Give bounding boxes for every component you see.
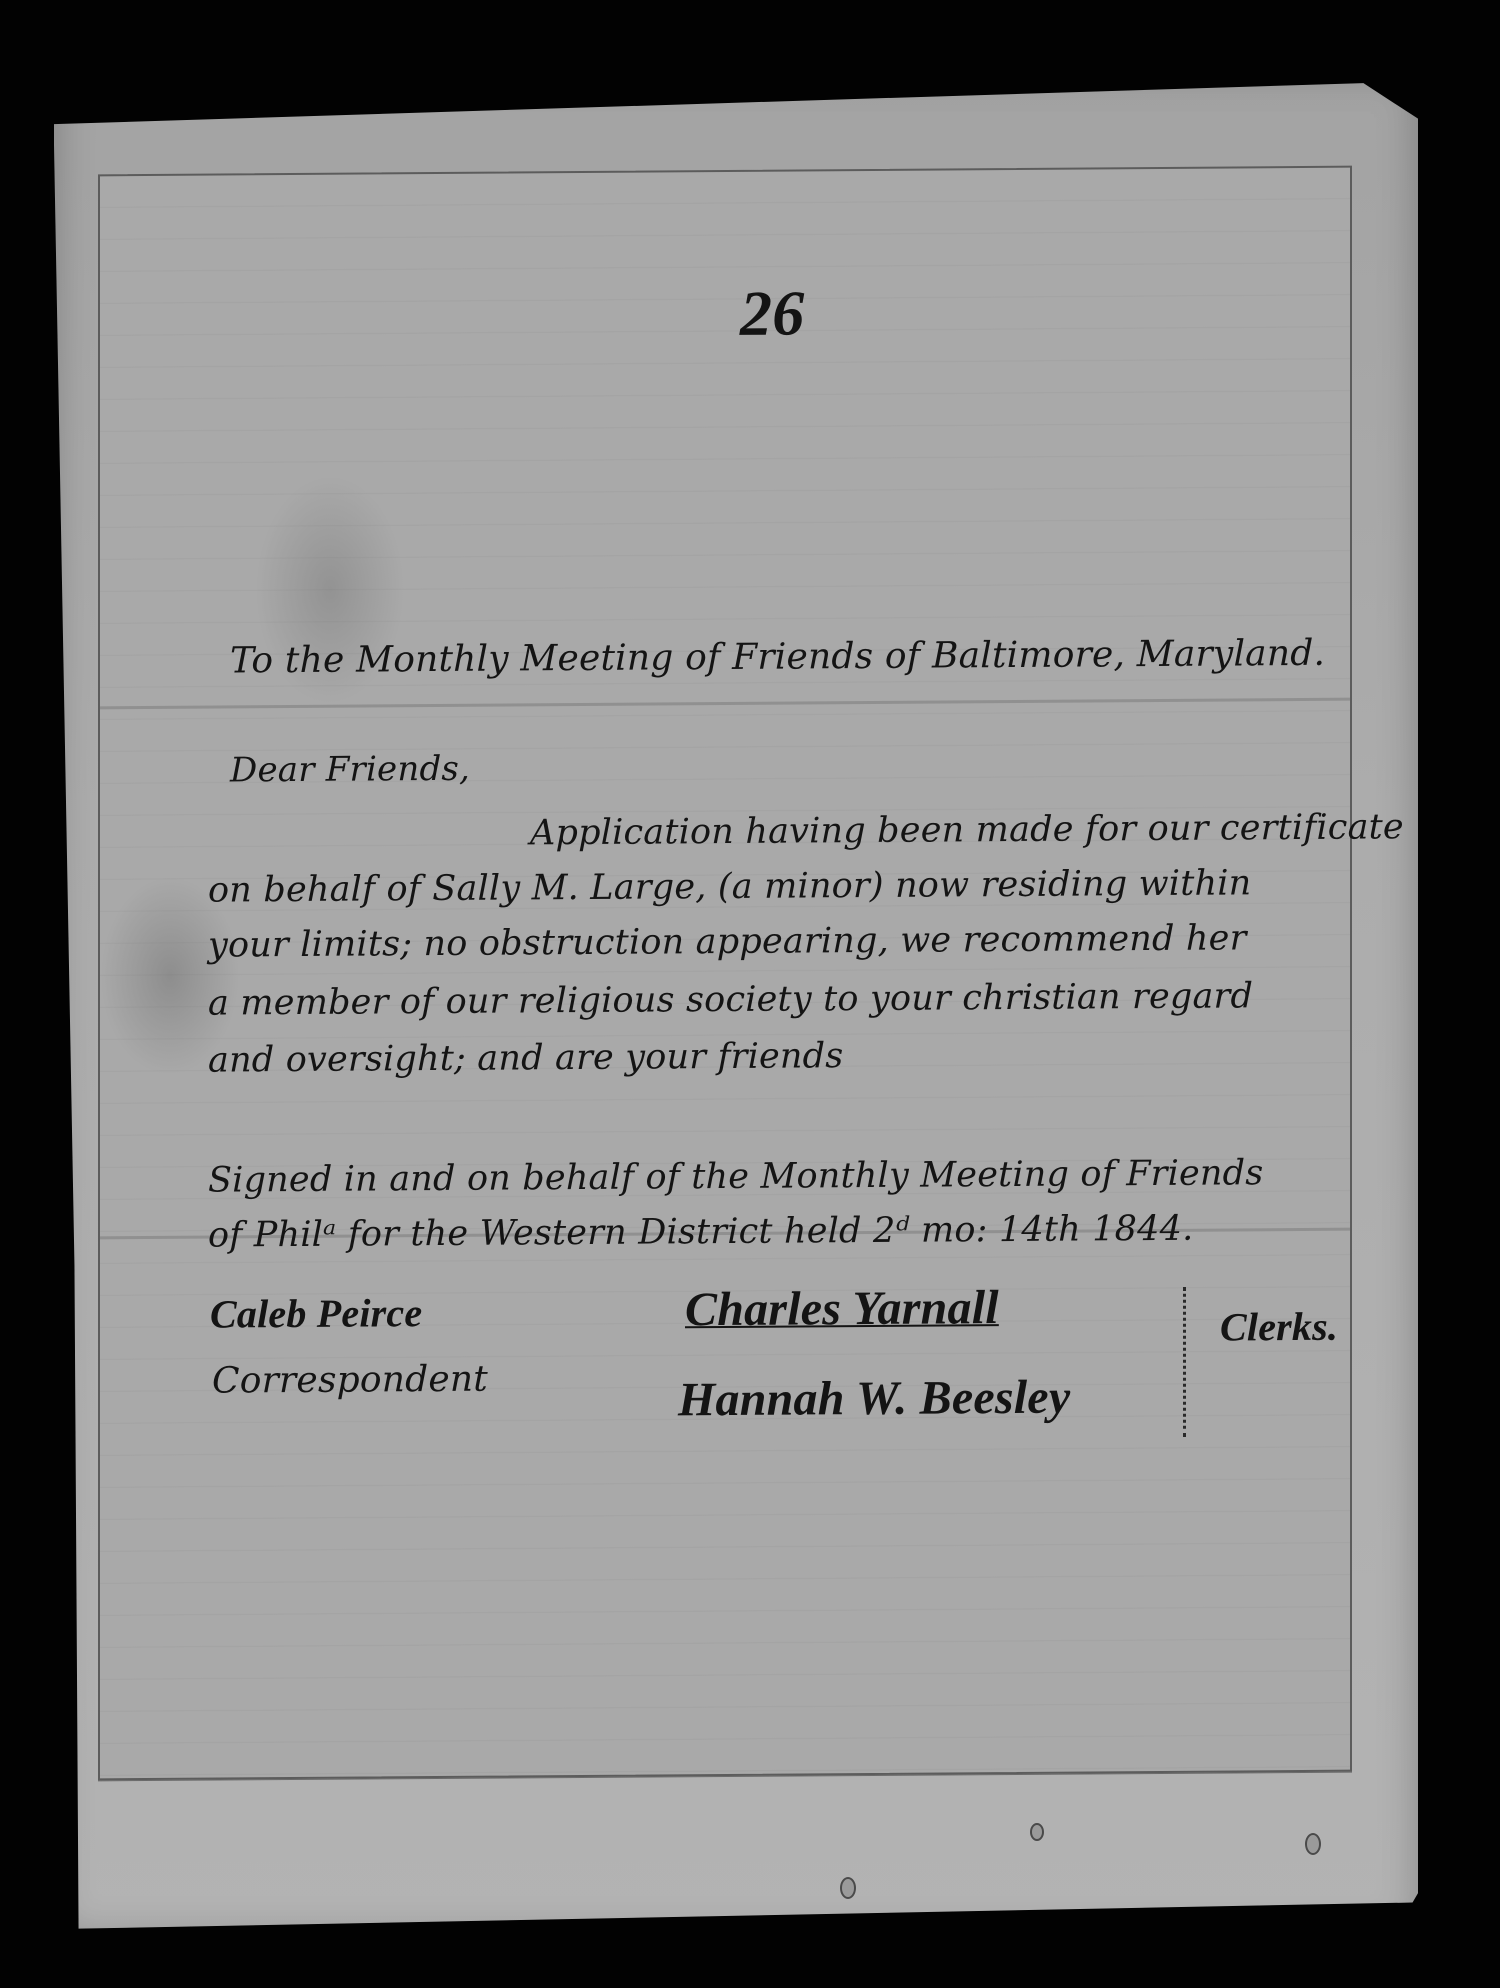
body-line: on behalf of Sally M. Large, (a minor) n… bbox=[208, 863, 1251, 910]
page-number: 26 bbox=[740, 276, 804, 350]
address-line: To the Monthly Meeting of Friends of Bal… bbox=[230, 633, 1325, 682]
signed-line: Signed in and on behalf of the Monthly M… bbox=[208, 1153, 1263, 1200]
signed-line: of Philᵃ for the Western District held 2… bbox=[208, 1209, 1193, 1256]
clerks-label: Clerks. bbox=[1220, 1303, 1338, 1351]
paper-hole bbox=[840, 1877, 856, 1899]
body-line: Application having been made for our cer… bbox=[530, 807, 1404, 853]
letter-leaf: 26 To the Monthly Meeting of Friends of … bbox=[98, 166, 1352, 1781]
signature-clerk-1: Charles Yarnall bbox=[685, 1280, 999, 1337]
correspondent-title: Correspondent bbox=[212, 1359, 488, 1402]
signature-correspondent: Caleb Peirce bbox=[210, 1289, 422, 1337]
body-line: a member of our religious society to you… bbox=[208, 976, 1253, 1023]
brace-icon bbox=[1183, 1287, 1200, 1437]
body-line: your limits; no obstruction appearing, w… bbox=[208, 918, 1247, 965]
paper-hole bbox=[1305, 1833, 1321, 1855]
fold-line bbox=[100, 698, 1350, 710]
body-line: and oversight; and are your friends bbox=[208, 1036, 843, 1080]
paper-hole bbox=[1030, 1823, 1044, 1841]
salutation: Dear Friends, bbox=[230, 749, 470, 791]
signature-clerk-2: Hannah W. Beesley bbox=[678, 1370, 1070, 1428]
